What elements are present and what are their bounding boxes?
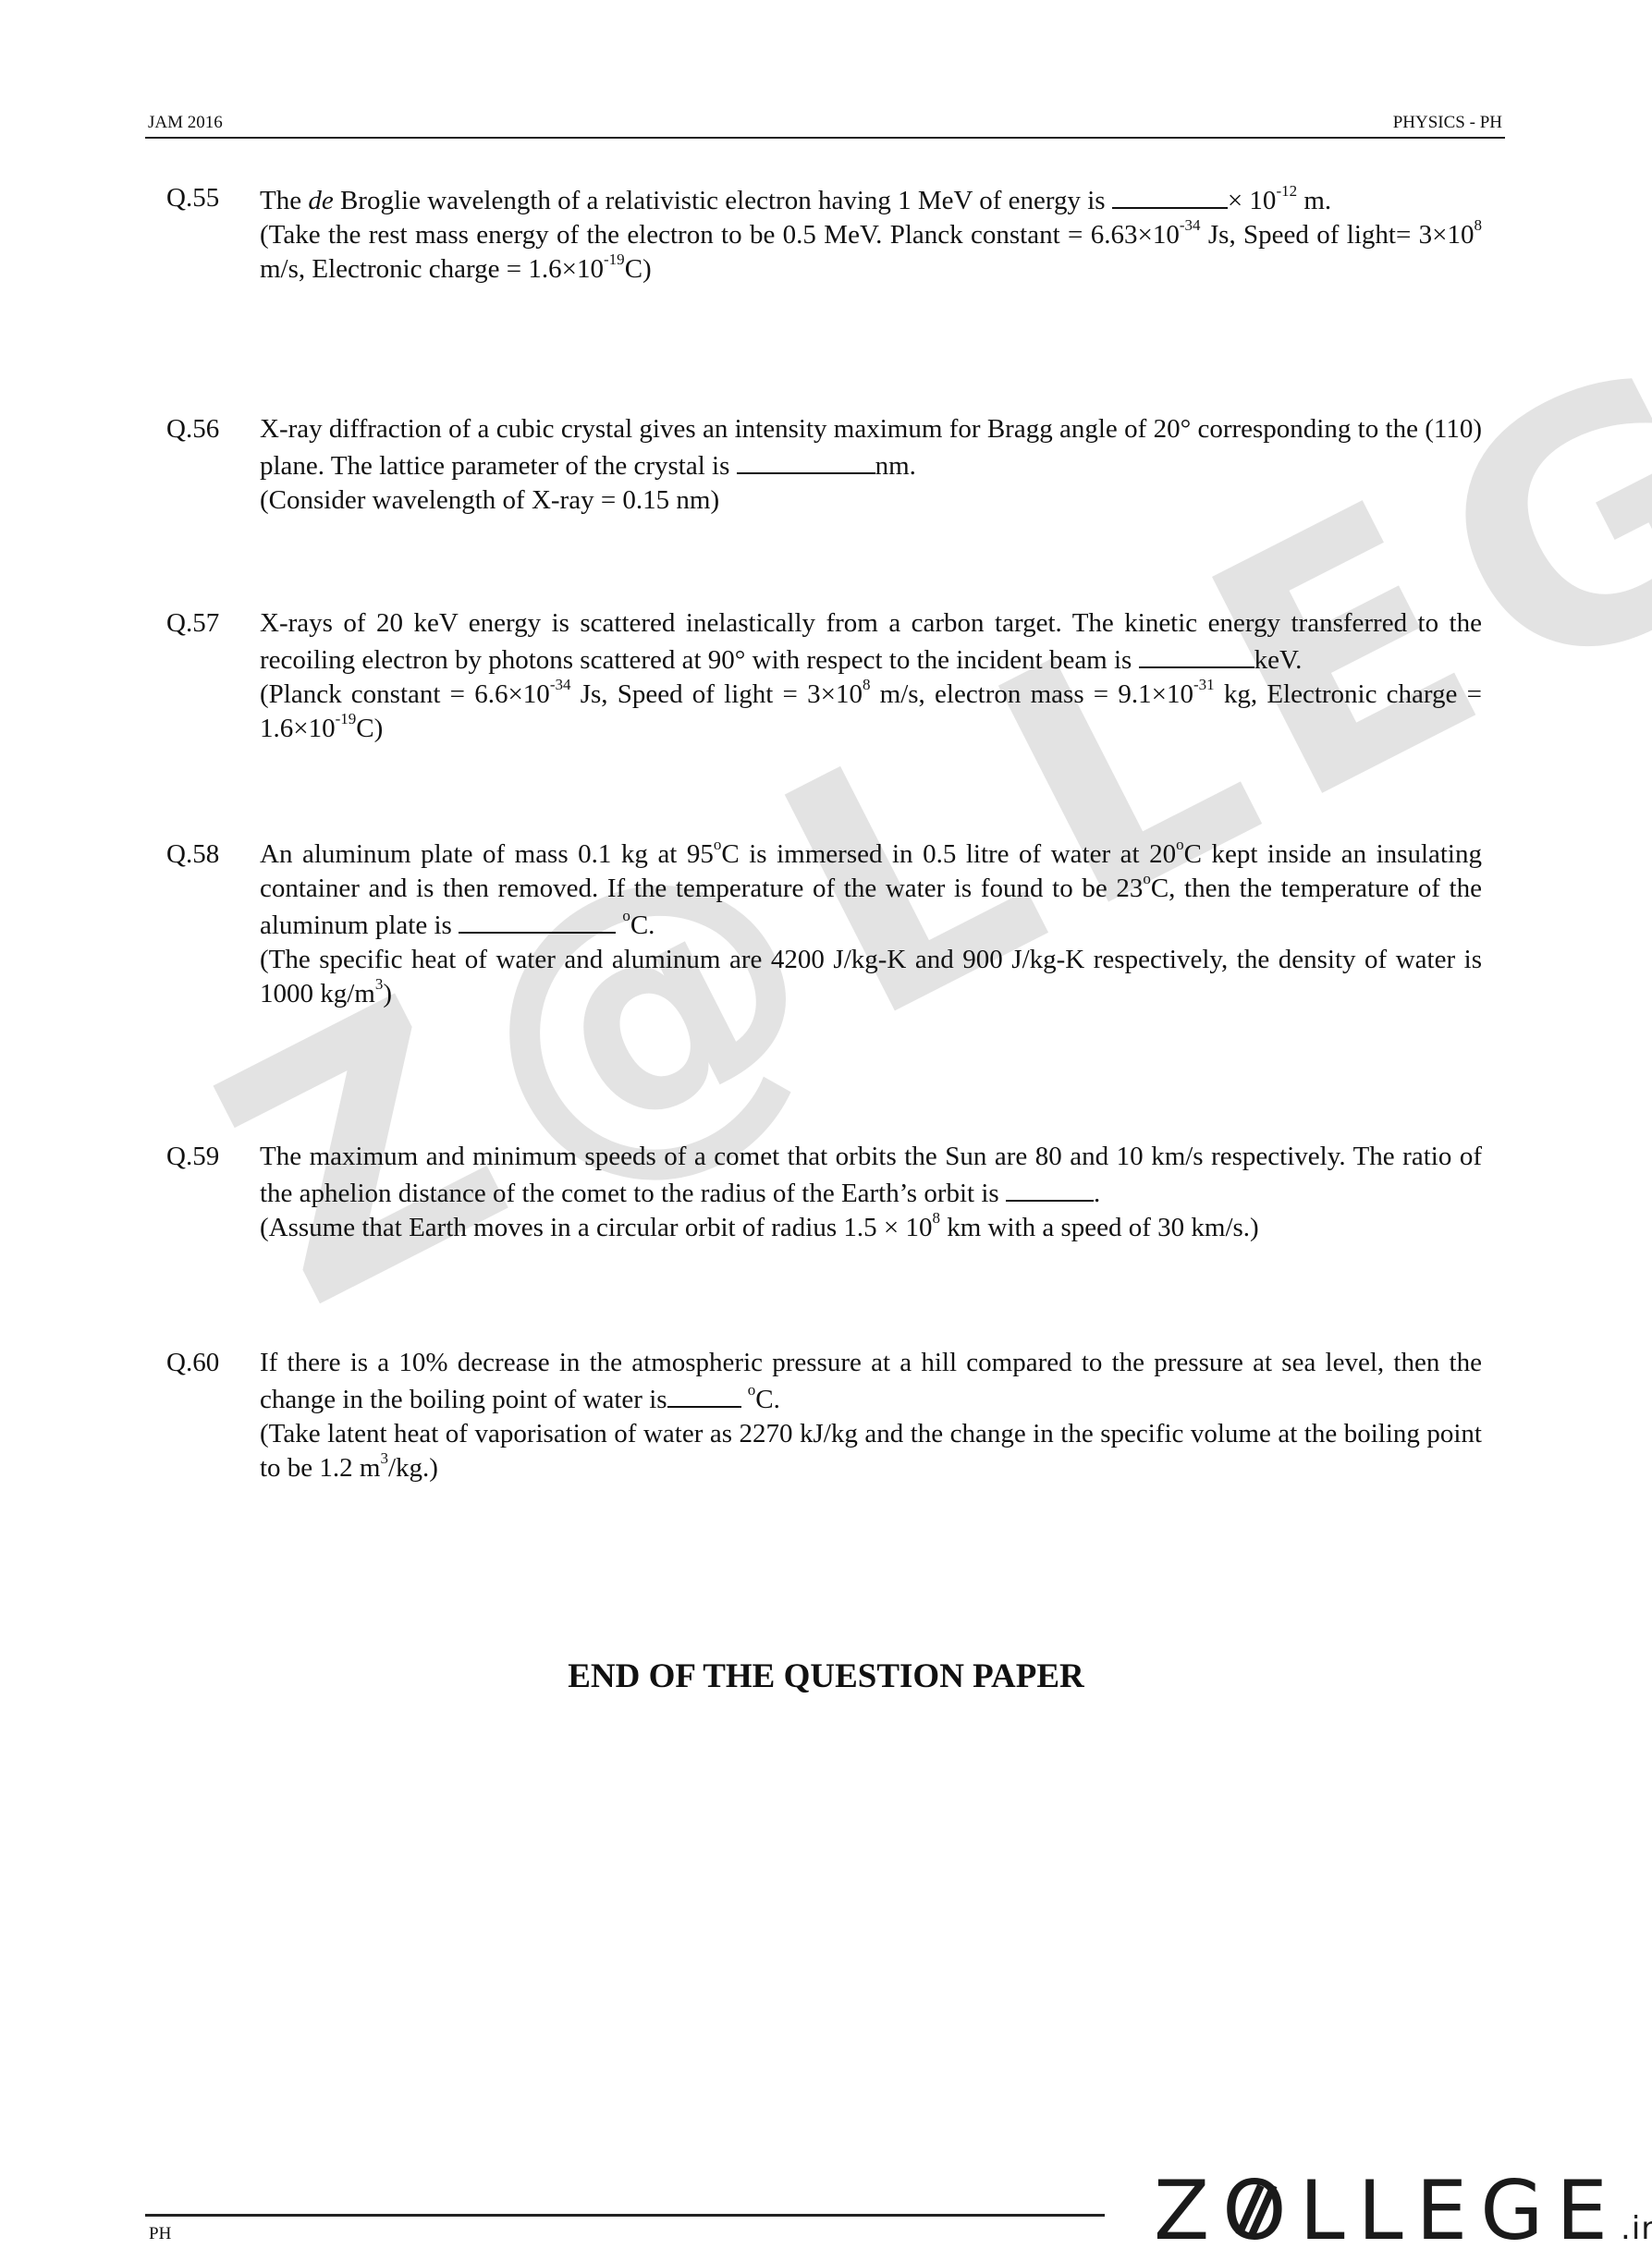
question-number: Q.60	[166, 1346, 219, 1380]
question-text: If there is a 10% decrease in the atmosp…	[260, 1346, 1482, 1485]
zollege-logo: ZOLLEGE.in	[1154, 2170, 1652, 2252]
question-number: Q.55	[166, 181, 219, 215]
footer-paper-code: PH	[149, 2224, 171, 2244]
question-text: The maximum and minimum speeds of a come…	[260, 1140, 1482, 1245]
answer-blank	[1112, 181, 1228, 209]
answer-blank	[1006, 1174, 1094, 1202]
answer-blank	[1139, 641, 1254, 668]
question-number: Q.57	[166, 606, 219, 641]
answer-blank	[459, 906, 616, 934]
question-text: An aluminum plate of mass 0.1 kg at 95oC…	[260, 837, 1482, 1011]
question-text: X-ray diffraction of a cubic crystal giv…	[260, 412, 1482, 518]
answer-blank	[667, 1380, 741, 1408]
slashed-o-icon: O	[1222, 2170, 1299, 2252]
question-number: Q.59	[166, 1140, 219, 1174]
page-header: JAM 2016 PHYSICS - PH	[145, 109, 1505, 139]
end-of-paper-note: END OF THE QUESTION PAPER	[0, 1656, 1652, 1696]
paper-code: PHYSICS - PH	[1393, 113, 1502, 133]
answer-blank	[737, 446, 875, 474]
question-text: The de Broglie wavelength of a relativis…	[260, 181, 1482, 287]
footer-divider	[145, 2214, 1105, 2217]
question-text: X-rays of 20 keV energy is scattered ine…	[260, 606, 1482, 746]
question-number: Q.58	[166, 837, 219, 872]
question-number: Q.56	[166, 412, 219, 446]
exam-name: JAM 2016	[148, 113, 223, 133]
